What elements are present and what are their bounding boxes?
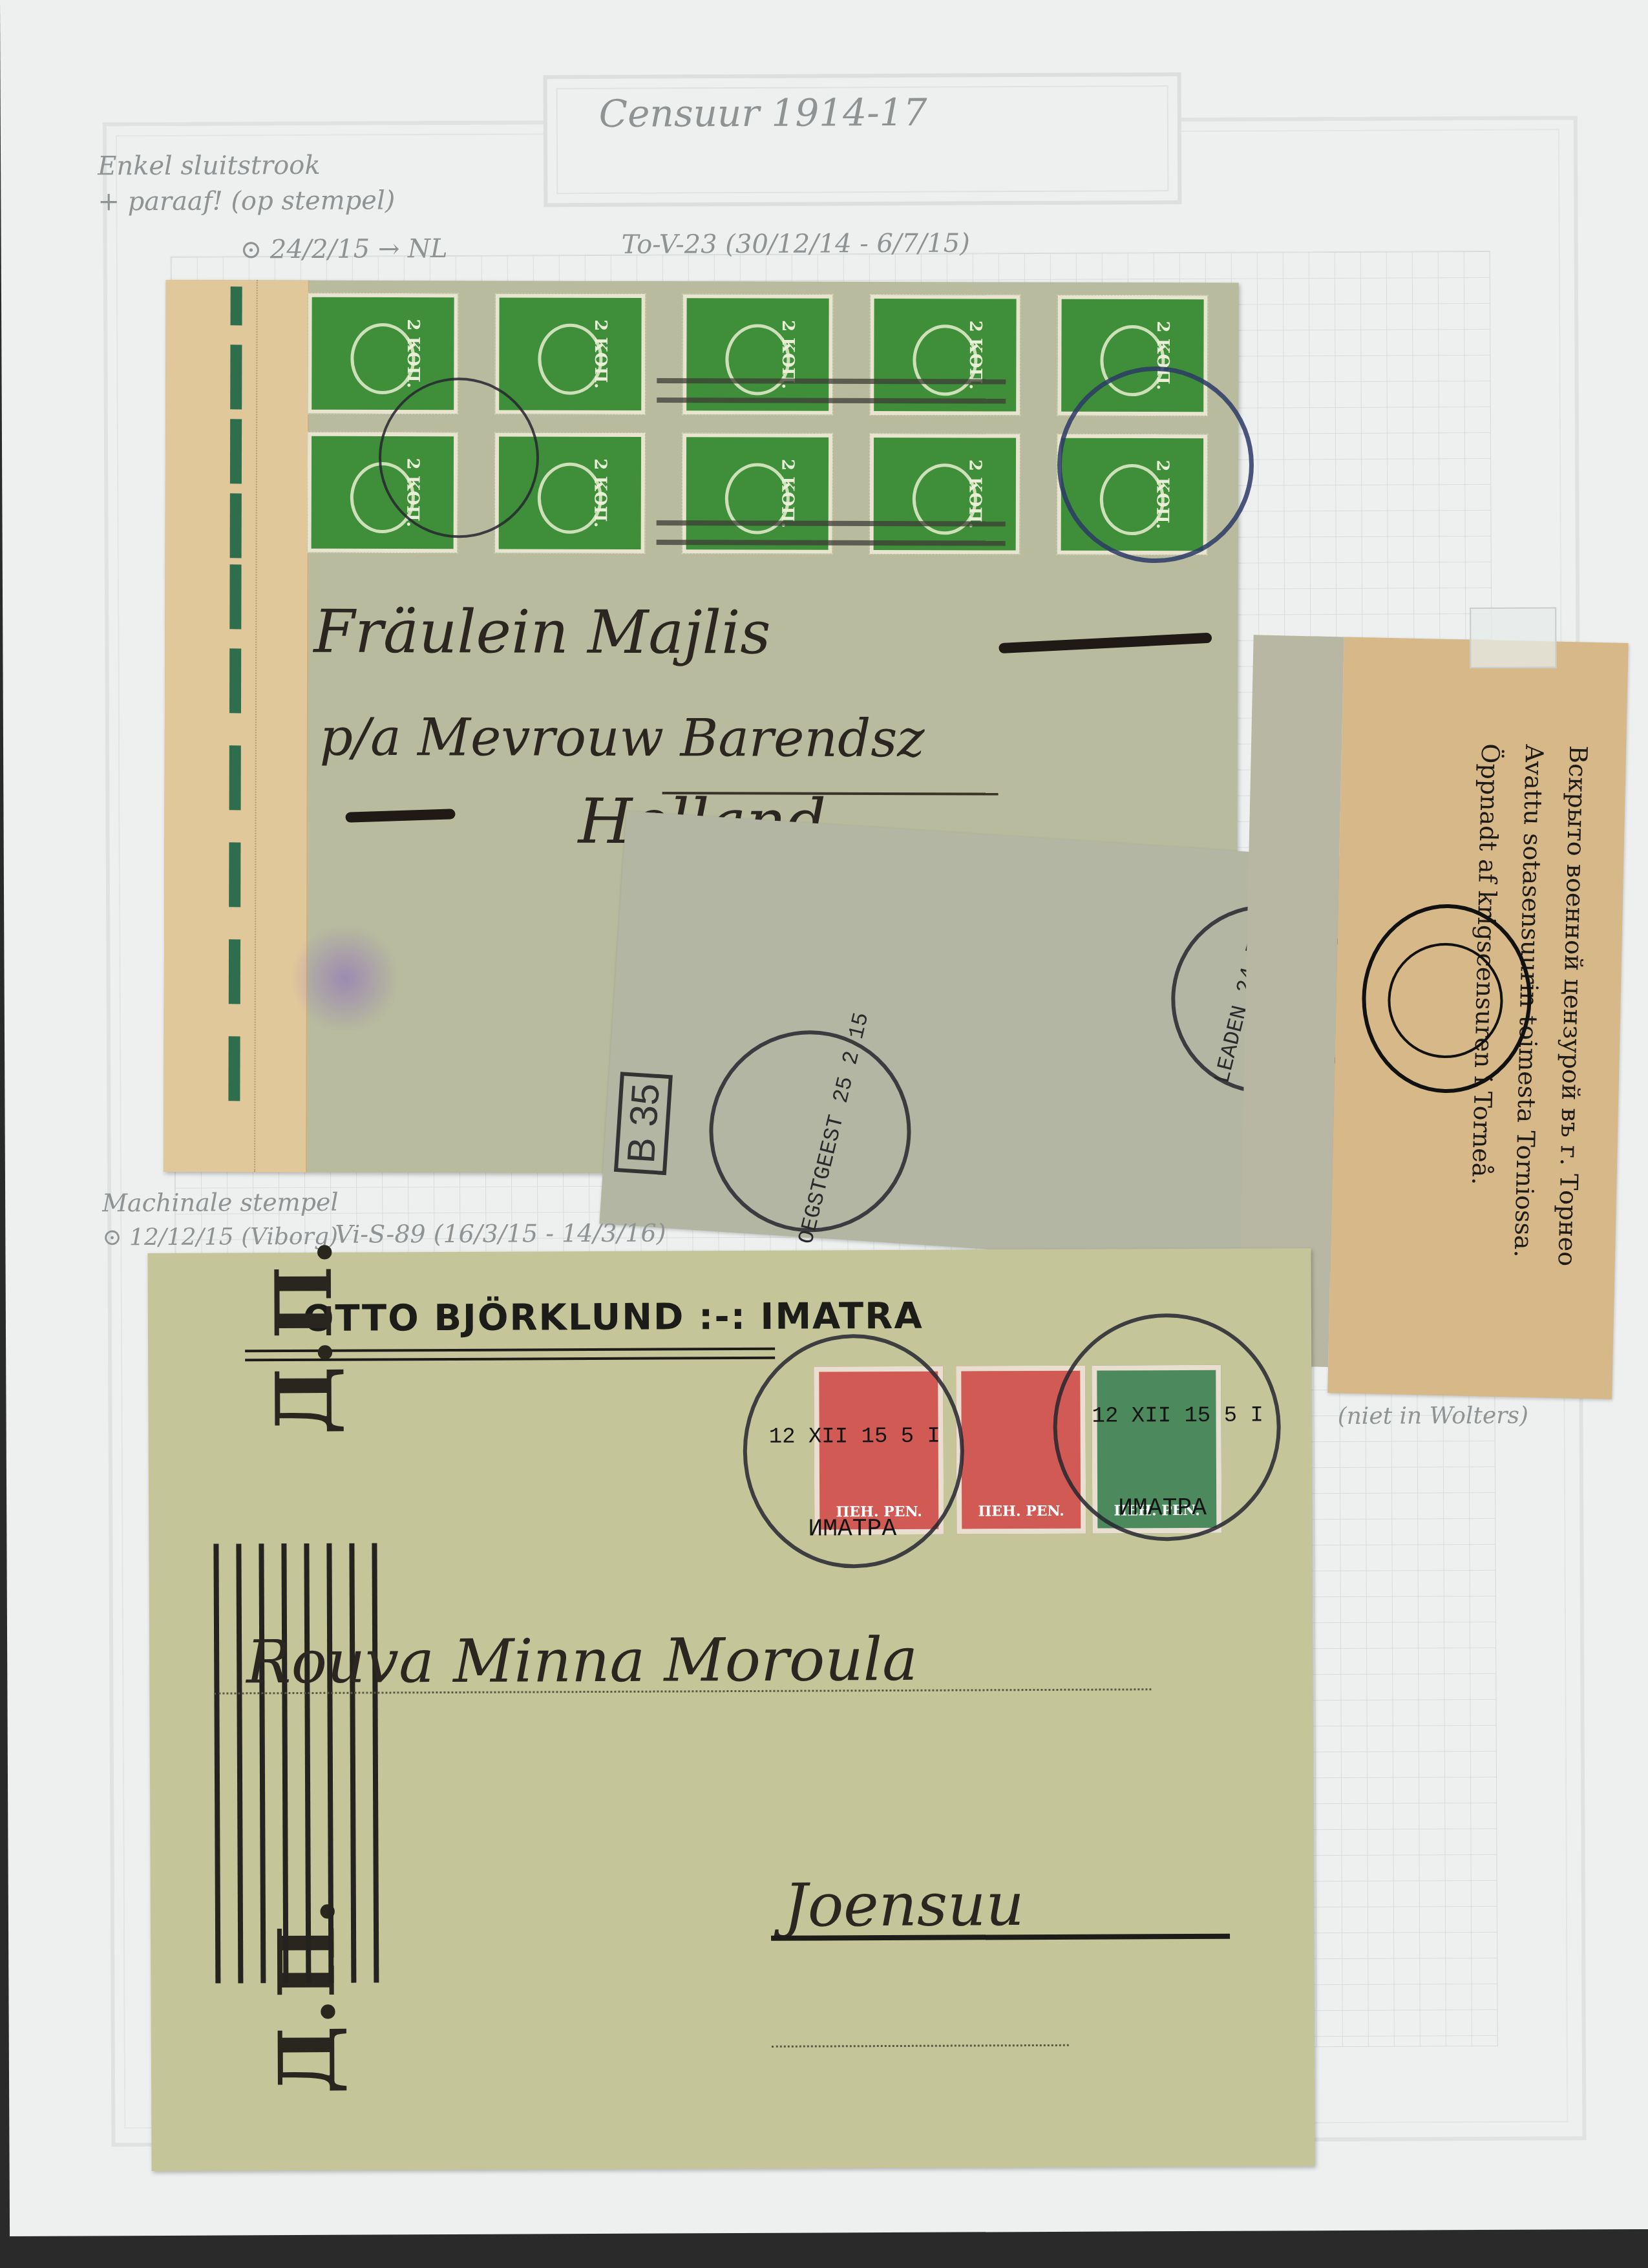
postmark-date-2: 12 XII 15 5 I [1092, 1403, 1263, 1428]
address-line-2: Joensuu [784, 1870, 1024, 1940]
registration-box: B 35 [614, 1072, 673, 1175]
photo-corner-mount [1470, 608, 1556, 669]
note-cover1-date: ⊙ 24/2/15 → NL [240, 234, 448, 264]
address-line-2: p/a Mevrouw Barendsz [320, 707, 925, 768]
postmark-town-2: ИМАТРА [1118, 1494, 1207, 1523]
address-line-1: Fräulein Majlis [313, 597, 771, 668]
postmark-left [379, 377, 540, 538]
stamp-2-kop: 2 КОП. [870, 295, 1020, 416]
note-cover1-line2: + paraaf! (op stempel) [98, 185, 395, 217]
address-line-1: Rouva Minna Moroula [246, 1625, 918, 1697]
stamp-2-kop: 2 КОП. [682, 433, 832, 554]
note-cover2-censor-ref: Vi-S-89 (16/3/15 - 14/3/16) [335, 1219, 666, 1249]
censor-label-text: Вскрыто военной цензурой въ г. Торнео Av… [1453, 743, 1600, 1457]
note-label: (niet in Wolters) [1337, 1403, 1528, 1430]
title-box: Censuur 1914-17 [544, 72, 1182, 207]
postmark-date-1: 12 XII 15 5 I [769, 1425, 940, 1450]
page-title: Censuur 1914-17 [599, 90, 927, 136]
stamp-2-kop: 2 КОП. [682, 294, 832, 415]
postmark-blue [1057, 366, 1254, 564]
cover-2: OTTO BJÖRKLUND :-: IMATRA Д.П. Д.П. ПЕН.… [147, 1248, 1315, 2171]
cyrillic-mark-top: Д.П. [259, 1238, 350, 1435]
censor-label: Вскрыто военной цензурой въ г. Торнео Av… [1327, 637, 1628, 1399]
note-cover1-censor-ref: To-V-23 (30/12/14 - 6/7/15) [622, 228, 970, 259]
postmark-town-1: ИМАТРА [808, 1515, 896, 1543]
censor-closure-strip [164, 280, 310, 1172]
note-cover1-line1: Enkel sluitstrook [98, 151, 321, 182]
album-page: Censuur 1914-17 Enkel sluitstrook + para… [0, 0, 1648, 2236]
stamp-2-kop: 2 КОП. [495, 293, 645, 414]
sender-imprint: OTTO BJÖRKLUND :-: IMATRA [303, 1295, 924, 1340]
note-cover2-line1: Machinale stempel [102, 1188, 339, 1218]
violet-censor-mark [287, 927, 403, 1030]
stamp-2-kop: 2 КОП. [870, 434, 1020, 555]
